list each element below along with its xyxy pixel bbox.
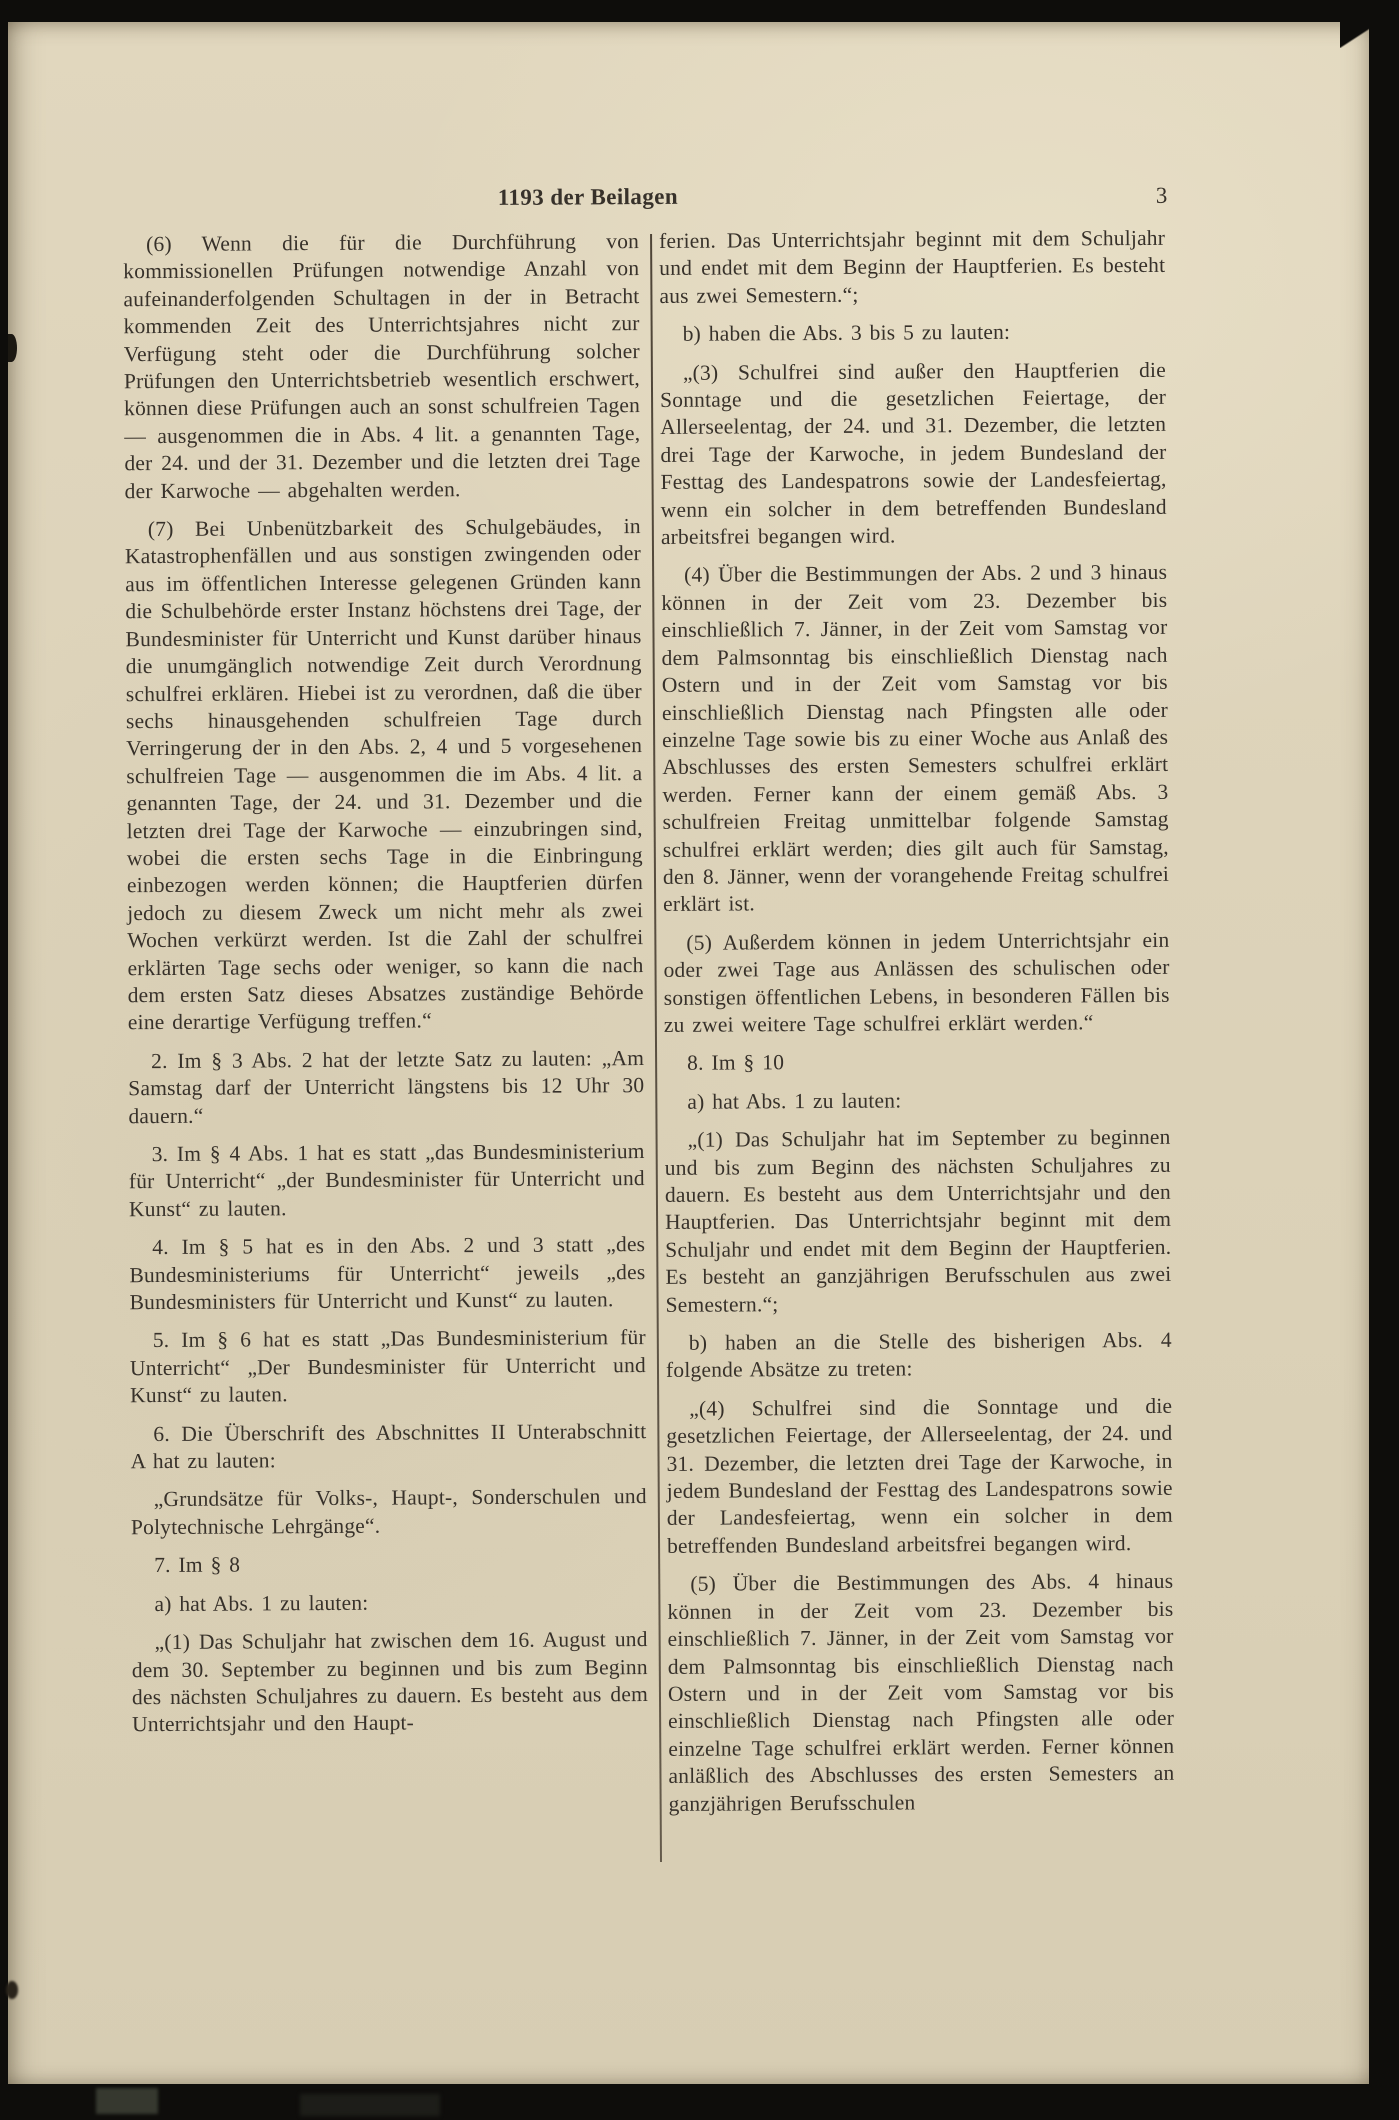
paragraph: 4. Im § 5 hat es in den Abs. 2 und 3 sta…: [129, 1231, 645, 1316]
printed-content: 1193 der Beilagen 3 (6) Wenn die für die…: [8, 18, 1382, 2088]
paragraph: 5. Im § 6 hat es statt „Das Bundesminist…: [130, 1324, 646, 1409]
paragraph: (6) Wenn die für die Durchführung von ko…: [123, 228, 641, 505]
paragraph: 2. Im § 3 Abs. 2 hat der letzte Satz zu …: [128, 1045, 644, 1130]
page-number: 3: [1156, 183, 1168, 209]
paragraph: 6. Die Überschrift des Abschnittes II Un…: [130, 1418, 646, 1476]
scan-corner-shadow: [1340, 22, 1380, 48]
paragraph: „(1) Das Schuljahr hat zwischen dem 16. …: [132, 1626, 649, 1739]
paragraph: (4) Über die Bestimmungen der Abs. 2 und…: [661, 559, 1169, 918]
scan-bottom-smudge: [300, 2094, 440, 2116]
paper-sheet: 1193 der Beilagen 3 (6) Wenn die für die…: [8, 22, 1369, 2084]
paragraph: „Grundsätze für Volks-, Haupt-, Sondersc…: [131, 1484, 647, 1542]
paragraph: „(1) Das Schuljahr hat im September zu b…: [665, 1124, 1172, 1319]
right-column: ferien. Das Unterrichtsjahr beginnt mit …: [659, 225, 1175, 1818]
scanned-document-screenshot: { "header": { "title": "1193 der Beilage…: [0, 0, 1399, 2120]
paragraph: 7. Im § 8: [131, 1549, 647, 1580]
paragraph: (5) Über die Bestimmungen des Abs. 4 hin…: [667, 1568, 1174, 1818]
paragraph: „(3) Schulfrei sind außer den Hauptferie…: [660, 356, 1167, 551]
running-head-title: 1193 der Beilagen: [498, 184, 678, 211]
paragraph: b) haben die Abs. 3 bis 5 zu lauten:: [660, 318, 1166, 348]
scan-edge-speck: [6, 1981, 18, 1999]
paragraph: ferien. Das Unterrichtsjahr beginnt mit …: [659, 225, 1165, 310]
paragraph: „(4) Schulfrei sind die Sonntage und die…: [666, 1393, 1173, 1561]
paragraph: (5) Außerdem können in jedem Unterrichts…: [663, 927, 1170, 1040]
paragraph: 3. Im § 4 Abs. 1 hat es statt „das Bunde…: [129, 1138, 645, 1223]
paragraph: b) haben an die Stelle des bisherigen Ab…: [666, 1327, 1172, 1385]
paragraph: 8. Im § 10: [664, 1047, 1170, 1077]
scan-bottom-smudge: [96, 2088, 158, 2114]
left-column: (6) Wenn die für die Durchführung von ko…: [123, 228, 648, 1739]
paragraph: a) hat Abs. 1 zu lauten:: [664, 1086, 1170, 1116]
paragraph: a) hat Abs. 1 zu lauten:: [131, 1588, 647, 1619]
paragraph: (7) Bei Unbenützbarkeit des Schulgebäude…: [125, 513, 644, 1037]
